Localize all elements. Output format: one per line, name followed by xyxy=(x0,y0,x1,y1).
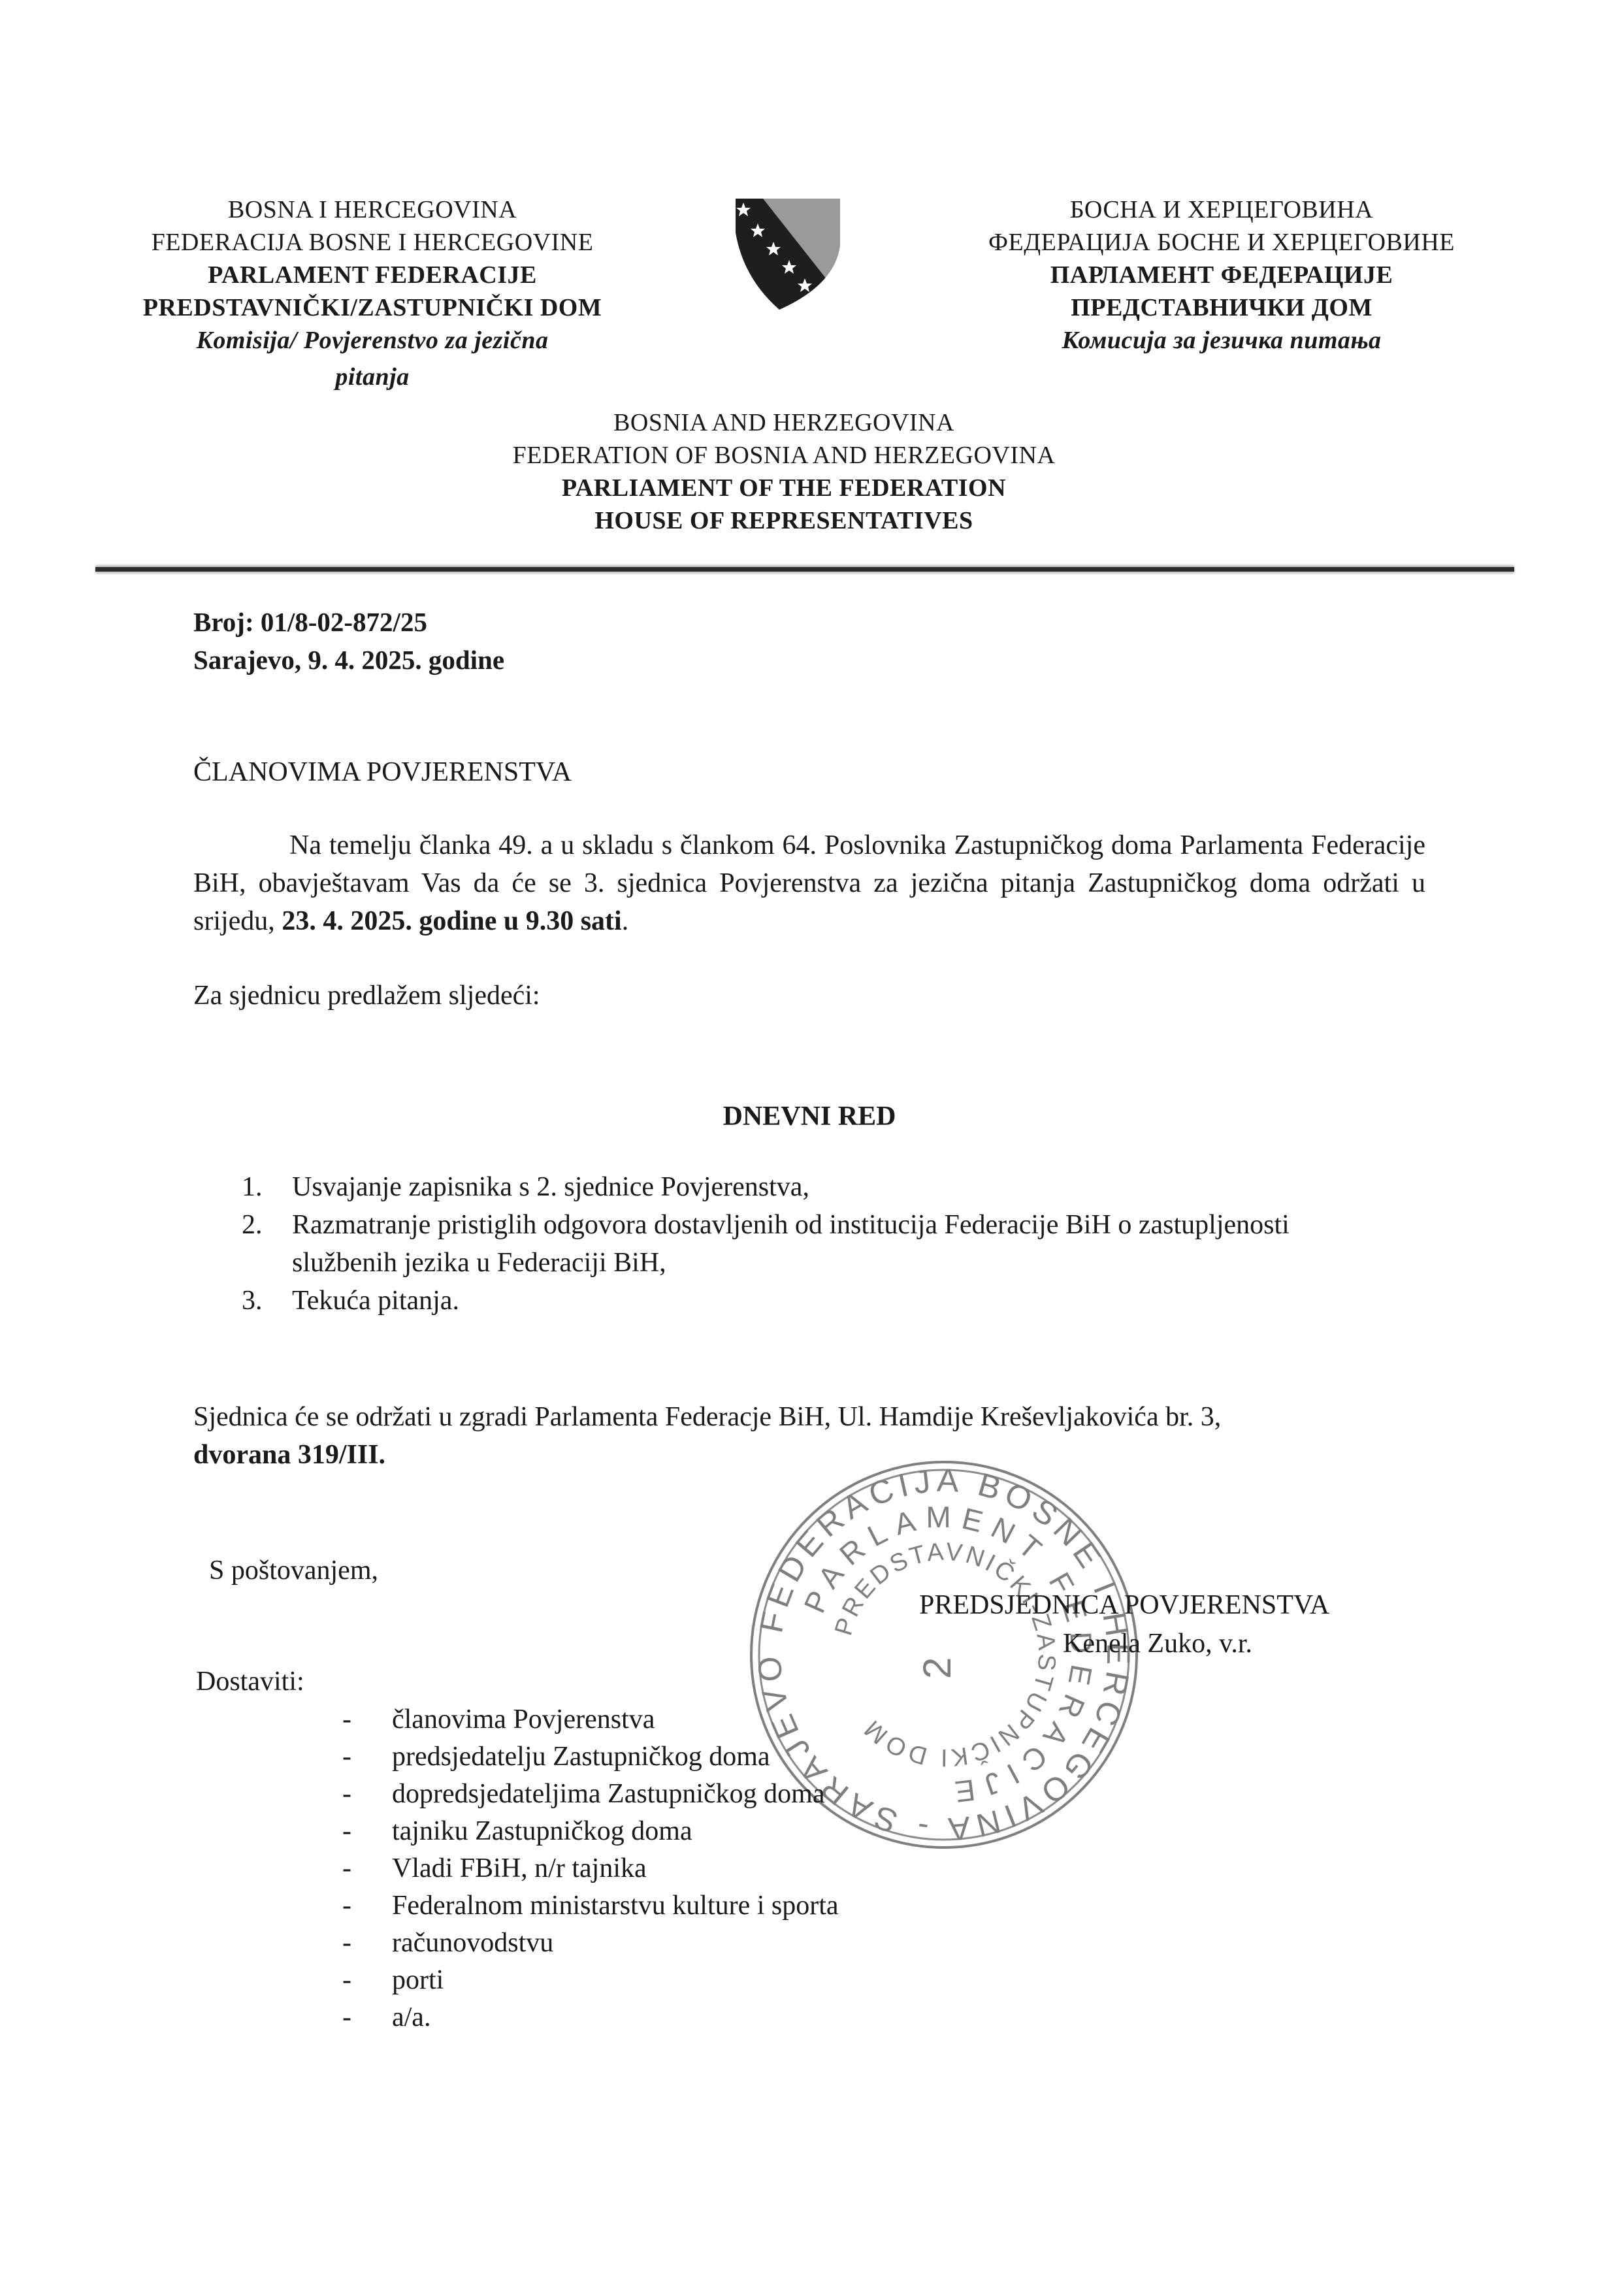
list-dash: - xyxy=(342,1961,392,1999)
distribution-recipient: Federalnom ministarstvu kulture i sporta xyxy=(392,1887,839,1925)
distribution-recipient: računovodstvu xyxy=(392,1924,553,1962)
header-parliament: PARLAMENT FEDERACIJE xyxy=(118,259,627,291)
header-english: BOSNIA AND HERZEGOVINA FEDERATION OF BOS… xyxy=(457,406,1111,537)
location-paragraph: Sjednica će se održati u zgradi Parlamen… xyxy=(193,1398,1425,1474)
list-dash: - xyxy=(342,1887,392,1925)
header-country-en: BOSNIA AND HERZEGOVINA xyxy=(457,406,1111,439)
header-commission-cyr: Комисија за језичка питања xyxy=(928,324,1516,357)
distribution-item: -računovodstvu xyxy=(342,1924,553,1962)
header-parliament-en: PARLIAMENT OF THE FEDERATION xyxy=(457,472,1111,504)
list-dash: - xyxy=(342,1849,392,1887)
propose-line: Za sjednicu predlažem sljedeći: xyxy=(193,977,540,1015)
signature-title: PREDSJEDNICA POVJERENSTVA xyxy=(919,1586,1329,1624)
distribution-recipient: tajniku Zastupničkog doma xyxy=(392,1812,692,1850)
distribution-item: -predsjedatelju Zastupničkog doma xyxy=(342,1738,770,1776)
distribution-recipient: a/a. xyxy=(392,1998,430,2036)
svg-text:PREDSTAVNIČKI-ZASTUPNIČKI DOM: PREDSTAVNIČKI-ZASTUPNIČKI DOM xyxy=(830,1538,1060,1771)
svg-text:PARLAMENT FEDERACIJE: PARLAMENT FEDERACIJE xyxy=(797,1500,1099,1810)
list-dash: - xyxy=(342,1998,392,2036)
header-federation-en: FEDERATION OF BOSNIA AND HERZEGOVINA xyxy=(457,439,1111,472)
addressee: ČLANOVIMA POVJERENSTVA xyxy=(193,753,572,791)
agenda-item: 2. Razmatranje pristiglih odgovora dosta… xyxy=(242,1206,1391,1282)
list-dash: - xyxy=(342,1701,392,1738)
closing-regards: S poštovanjem, xyxy=(209,1552,378,1589)
header-federation-cyr: ФЕДЕРАЦИЈА БОСНЕ И ХЕРЦЕГОВИНЕ xyxy=(928,226,1516,259)
header-cyrillic: БОСНА И ХЕРЦЕГОВИНА ФЕДЕРАЦИЈА БОСНЕ И Х… xyxy=(928,193,1516,357)
header-house-en: HOUSE OF REPRESENTATIVES xyxy=(457,504,1111,537)
distribution-item: -članovima Povjerenstva xyxy=(342,1701,655,1738)
header-federation: FEDERACIJA BOSNE I HERCEGOVINE xyxy=(118,226,627,259)
header-country-cyr: БОСНА И ХЕРЦЕГОВИНА xyxy=(928,193,1516,226)
header-parliament-cyr: ПАРЛАМЕНТ ФЕДЕРАЦИЈЕ xyxy=(928,259,1516,291)
distribution-recipient: dopredsjedateljima Zastupničkog doma xyxy=(392,1775,824,1813)
header-commission-cont: pitanja xyxy=(118,361,627,393)
distribution-recipient: predsjedatelju Zastupničkog doma xyxy=(392,1738,770,1776)
session-datetime: 23. 4. 2025. godine u 9.30 sati xyxy=(282,906,621,936)
agenda-title: DNEVNI RED xyxy=(193,1098,1425,1135)
distribution-item: -Vladi FBiH, n/r tajnika xyxy=(342,1849,647,1887)
reference-number: Broj: 01/8-02-872/25 xyxy=(193,606,427,638)
distribution-item: -dopredsjedateljima Zastupničkog doma xyxy=(342,1775,824,1813)
header-country: BOSNA I HERCEGOVINA xyxy=(118,193,627,226)
signature-name: Kenela Zuko, v.r. xyxy=(1063,1625,1252,1663)
svg-text:2: 2 xyxy=(915,1657,959,1679)
distribution-item: -porti xyxy=(342,1961,444,1999)
agenda-item-number: 1. xyxy=(242,1168,292,1206)
header-divider xyxy=(95,567,1514,572)
agenda-item-number: 3. xyxy=(242,1282,292,1320)
distribution-item: -tajniku Zastupničkog doma xyxy=(342,1812,692,1850)
list-dash: - xyxy=(342,1812,392,1850)
header-latin: BOSNA I HERCEGOVINA FEDERACIJA BOSNE I H… xyxy=(118,193,627,393)
distribution-item: -a/a. xyxy=(342,1998,430,2036)
intro-paragraph: Na temelju članka 49. a u skladu s člank… xyxy=(193,826,1425,940)
header-house-cyr: ПРЕДСТАВНИЧКИ ДОМ xyxy=(928,291,1516,324)
header-house: PREDSTAVNIČKI/ZASTUPNIČKI DOM xyxy=(118,291,627,324)
list-dash: - xyxy=(342,1738,392,1776)
place-date: Sarajevo, 9. 4. 2025. godine xyxy=(193,644,504,675)
agenda-item-text: Tekuća pitanja. xyxy=(292,1282,459,1320)
agenda-item: 1. Usvajanje zapisnika s 2. sjednice Pov… xyxy=(242,1168,1391,1206)
location-room: dvorana 319/III. xyxy=(193,1436,1425,1474)
distribution-label: Dostaviti: xyxy=(196,1663,304,1701)
coat-of-arms-icon xyxy=(730,193,845,311)
header-commission: Komisija/ Povjerenstvo za jezična xyxy=(118,324,627,357)
list-dash: - xyxy=(342,1924,392,1962)
distribution-recipient: članovima Povjerenstva xyxy=(392,1701,655,1738)
distribution-recipient: porti xyxy=(392,1961,444,1999)
intro-end: . xyxy=(622,906,629,936)
agenda-item: 3. Tekuća pitanja. xyxy=(242,1282,1391,1320)
agenda-item-number: 2. xyxy=(242,1206,292,1282)
distribution-recipient: Vladi FBiH, n/r tajnika xyxy=(392,1849,647,1887)
list-dash: - xyxy=(342,1775,392,1813)
agenda-item-text: Usvajanje zapisnika s 2. sjednice Povjer… xyxy=(292,1168,809,1206)
location-text: Sjednica će se održati u zgradi Parlamen… xyxy=(193,1398,1425,1436)
distribution-item: -Federalnom ministarstvu kulture i sport… xyxy=(342,1887,839,1925)
agenda-item-text: Razmatranje pristiglih odgovora dostavlj… xyxy=(292,1206,1391,1282)
